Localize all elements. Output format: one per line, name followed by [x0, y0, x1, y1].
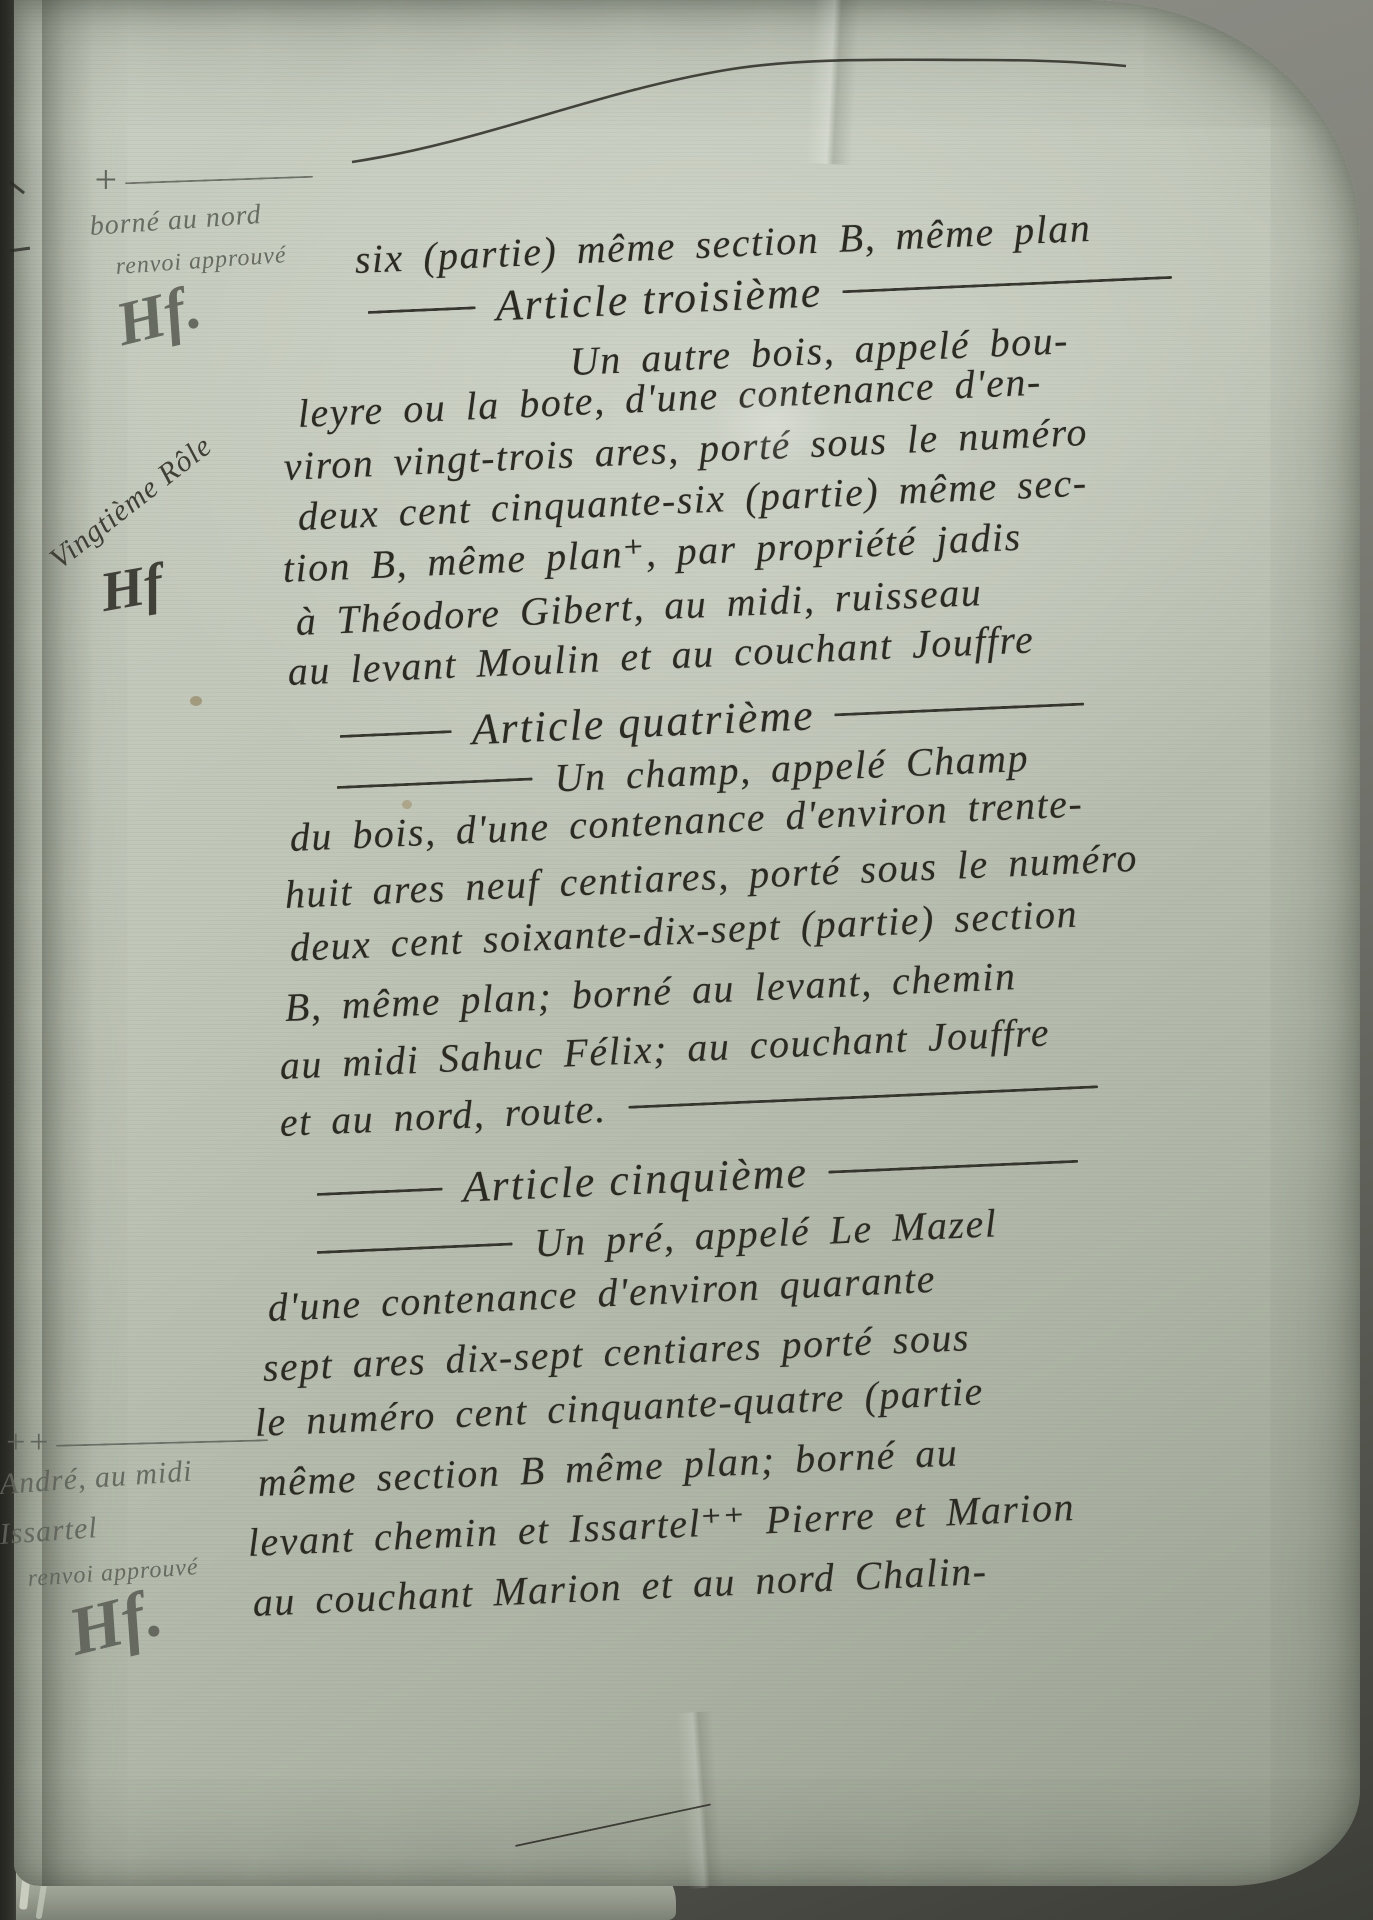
article-4-title: Article quatrième [471, 691, 816, 754]
margin-cross-mark: ++ [4, 1426, 268, 1460]
ink-flourish [334, 30, 1144, 190]
bottom-center-crease [676, 1711, 724, 1889]
top-center-crease [806, 0, 861, 165]
paragraph-lead-rule [317, 1242, 513, 1254]
paper-stain [190, 696, 202, 706]
margin-note-issartel: Issartel [0, 1511, 99, 1551]
ink-line-bottom [515, 1803, 711, 1847]
notary-paraph: Hf. [62, 1578, 168, 1666]
margin-note-role: Vingtième Rôle [45, 431, 218, 575]
cross-glyph: + [92, 160, 119, 200]
margin-rule [56, 1439, 268, 1447]
cross-glyph: ++ [4, 1426, 50, 1460]
notary-paraph: Hf. [110, 276, 207, 357]
manuscript-photo: + borné au nord renvoi approuvé Hf. Ving… [0, 0, 1373, 1920]
heading-rule [842, 276, 1172, 293]
margin-cross-mark: + [92, 160, 313, 200]
heading-rule [340, 730, 452, 738]
article-3-title: Article troisième [495, 268, 824, 331]
notary-paraph: Hf [96, 555, 167, 621]
manuscript-page: + borné au nord renvoi approuvé Hf. Ving… [14, 0, 1360, 1886]
paragraph-lead-rule [337, 777, 533, 789]
body-line: au couchant Marion et au nord Chalin- [252, 1549, 989, 1625]
heading-rule [368, 306, 476, 314]
heading-rule [834, 702, 1084, 716]
margin-note-andre: André, au midi [0, 1455, 194, 1501]
margin-note-borne-au-nord: borné au nord [89, 200, 263, 243]
heading-rule [828, 1159, 1078, 1173]
margin-rule [125, 176, 313, 185]
paragraph-trail-rule [628, 1085, 1098, 1108]
body-line-text: et au nord, route. [279, 1086, 608, 1145]
margin-note-renvoi: renvoi approuvé [115, 242, 288, 280]
article-5-title: Article cinquième [462, 1149, 809, 1212]
heading-rule [317, 1187, 443, 1195]
